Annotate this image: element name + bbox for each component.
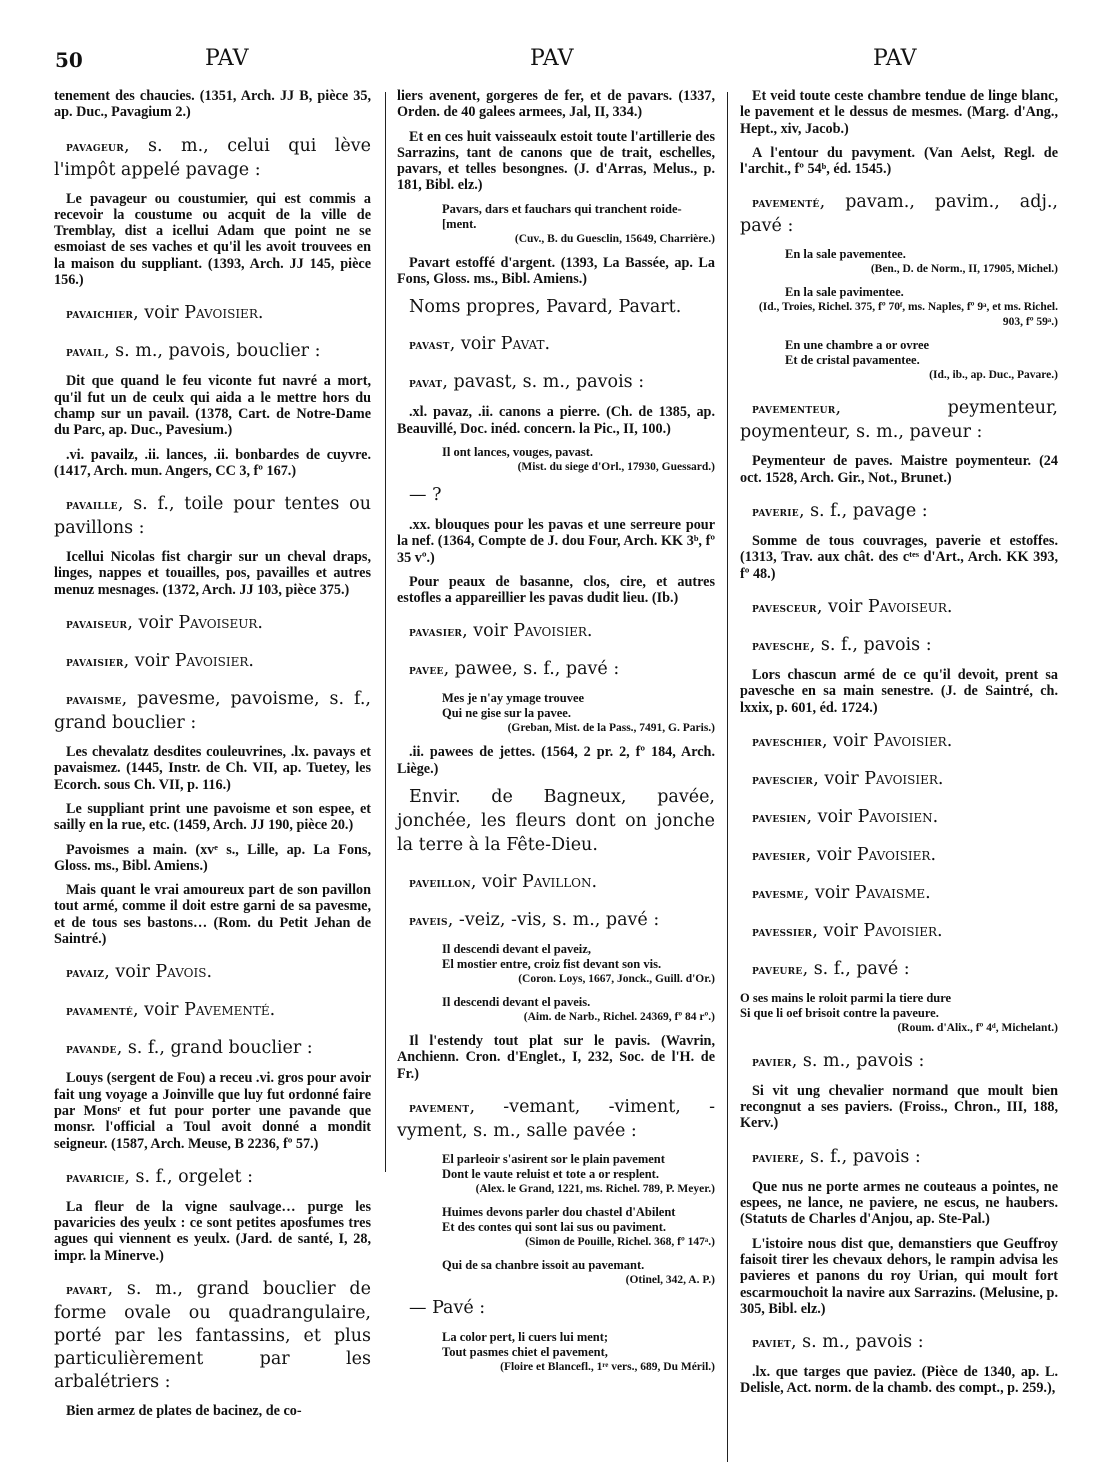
dictionary-entry: pavesceur, voir Pavoiseur. — [740, 596, 1058, 620]
cross-reference: Pavat. — [501, 334, 550, 354]
citation-paragraph: Et veid toute ceste chambre tendue de li… — [740, 88, 1058, 137]
cross-reference: Pavoiseur. — [868, 597, 953, 617]
column-center: liers avenent, gorgeres de fer, et de pa… — [397, 88, 715, 1383]
citation-paragraph: Le pavageur ou coustumier, qui est commi… — [54, 191, 371, 289]
dictionary-entry: pavier, s. m., pavois : — [740, 1050, 1058, 1074]
citation-paragraph: Louys (sergent de Fou) a receu .vi. gros… — [54, 1070, 371, 1151]
verse-line: Si que li oef brisoit contre la paveure. — [740, 1006, 1058, 1021]
headword: pavesche — [752, 639, 810, 654]
cross-reference: Pavoisier. — [513, 621, 592, 641]
dictionary-entry: pavementé, pavam., pavim., adj., pavé : — [740, 191, 1058, 238]
citation-paragraph: Peymenteur de paves. Maistre poymenteur.… — [740, 453, 1058, 486]
citation-paragraph: Pavart estoffé d'argent. (1393, La Bassé… — [397, 255, 715, 288]
definition: , voir — [127, 613, 178, 633]
verse-quotation: O ses mains le roloit parmi la tiere dur… — [740, 991, 1058, 1036]
verse-line: La color pert, li cuers lui ment; — [397, 1330, 715, 1345]
cross-reference: Pavaisme. — [855, 883, 931, 903]
definition: , voir — [813, 769, 864, 789]
headword: pavageur — [66, 140, 124, 155]
verse-line: Il descendi devant el paveis. — [397, 995, 715, 1010]
dictionary-entry: paveillon, voir Pavillon. — [397, 871, 715, 895]
headword: pavast — [409, 338, 450, 353]
dictionary-entry: pavaricie, s. f., orgelet : — [54, 1166, 371, 1190]
headword: pavee — [409, 663, 444, 678]
citation-paragraph: Et en ces huit vaisseaulx estoit toute l… — [397, 129, 715, 194]
dictionary-entry: pavee, pawee, s. f., pavé : — [397, 658, 715, 682]
citation-source: (Cuv., B. du Guesclin, 15649, Charrière.… — [397, 232, 715, 247]
definition: , s. f., orgelet : — [124, 1167, 253, 1187]
verse-quotation: En la sale pavimentee.(Id., Troies, Rich… — [740, 285, 1058, 330]
citation-paragraph: La fleur de la vigne saulvage… purge les… — [54, 1199, 371, 1264]
citation-source: (Id., Troies, Richel. 375, fº 70ᶠ, ms. N… — [740, 300, 1058, 330]
running-head-center: PAV — [530, 46, 573, 71]
dictionary-entry: pavat, pavast, s. m., pavois : — [397, 371, 715, 395]
definition: , s. m., pavois : — [791, 1332, 924, 1352]
headword: pavaisier — [66, 655, 124, 670]
verse-line: Mes je n'ay ymage trouvee — [397, 691, 715, 706]
definition: , voir — [806, 845, 857, 865]
definition: , -veiz, -vis, s. m., pavé : — [448, 910, 659, 930]
citation-source: (Id., ib., ap. Duc., Pavare.) — [740, 368, 1058, 383]
cross-reference: Pavoisier. — [864, 769, 943, 789]
dictionary-entry: pavesier, voir Pavoisier. — [740, 844, 1058, 868]
cross-reference: Pavoisier. — [175, 651, 254, 671]
headword: paviet — [752, 1336, 791, 1351]
headword: pavaiz — [66, 966, 104, 981]
citation-paragraph: Il l'estendy tout plat sur le pavis. (Wa… — [397, 1033, 715, 1082]
cross-reference: Pavoisier. — [184, 303, 263, 323]
verse-quotation: Il descendi devant el paveis.(Aim. de Na… — [397, 995, 715, 1025]
dictionary-entry: pavande, s. f., grand bouclier : — [54, 1037, 371, 1061]
citation-paragraph: .vi. pavailz, .ii. lances, .ii. bonbarde… — [54, 447, 371, 480]
verse-line: Il descendi devant el paveiz, — [397, 942, 715, 957]
verse-line: Huimes devons parler dou chastel d'Abile… — [397, 1205, 715, 1220]
dictionary-entry: pavaisier, voir Pavoisier. — [54, 650, 371, 674]
column-left: tenement des chaucies. (1351, Arch. JJ B… — [54, 88, 371, 1427]
citation-paragraph: Icellui Nicolas fist chargir sur un chev… — [54, 549, 371, 598]
verse-quotation: Il ont lances, vouges, pavast.(Mist. du … — [397, 445, 715, 475]
citation-paragraph: .xl. pavaz, .ii. canons a pierre. (Ch. d… — [397, 404, 715, 437]
definition: , voir — [817, 597, 868, 617]
citation-paragraph: Les chevalatz desdites couleuvrines, .lx… — [54, 744, 371, 793]
headword: paverie — [752, 505, 799, 520]
note-paragraph: Noms propres, Pavard, Pavart. — [397, 295, 715, 319]
cross-reference: Pavoisien. — [858, 807, 939, 827]
headword: pavescier — [752, 773, 813, 788]
definition: , voir — [806, 807, 857, 827]
verse-line: [ment. — [397, 217, 715, 232]
headword: pavessier — [752, 925, 812, 940]
dictionary-entry: paveschier, voir Pavoisier. — [740, 730, 1058, 754]
citation-paragraph: Bien armez de plates de bacinez, de co- — [54, 1403, 371, 1419]
dictionary-entry: pavaille, s. f., toile pour tentes ou pa… — [54, 493, 371, 540]
cross-reference: Pavoisier. — [873, 731, 952, 751]
definition: , voir — [133, 303, 184, 323]
verse-line: Qui de sa chanbre issoit au pavemant. — [397, 1258, 715, 1273]
definition: , voir — [804, 883, 855, 903]
verse-quotation: En la sale pavementee.(Ben., D. de Norm.… — [740, 247, 1058, 277]
verse-quotation: Il descendi devant el paveiz,El mostier … — [397, 942, 715, 987]
verse-quotation: Qui de sa chanbre issoit au pavemant.(Ot… — [397, 1258, 715, 1288]
citation-paragraph: L'istoire nous dist que, demanstiers que… — [740, 1236, 1058, 1317]
verse-line: Et des contes qui sont lai sus ou pavime… — [397, 1220, 715, 1235]
definition: , voir — [812, 921, 863, 941]
citation-paragraph: liers avenent, gorgeres de fer, et de pa… — [397, 88, 715, 121]
dictionary-entry: pavementeur, peymenteur, poymenteur, s. … — [740, 397, 1058, 444]
dictionary-entry: pavasier, voir Pavoisier. — [397, 620, 715, 644]
dictionary-entry: pavaiz, voir Pavois. — [54, 961, 371, 985]
citation-paragraph: Si vit ung chevalier normand que moult b… — [740, 1083, 1058, 1132]
citation-paragraph: Somme de tous couvrages, paverie et esto… — [740, 533, 1058, 582]
headword: pavementé — [752, 196, 820, 211]
citation-source: (Greban, Mist. de la Pass., 7491, G. Par… — [397, 721, 715, 736]
citation-paragraph: Que nus ne porte armes ne couteaus a poi… — [740, 1179, 1058, 1228]
citation-paragraph: Pavoismes a main. (xvᵉ s., Lille, ap. La… — [54, 842, 371, 875]
definition: , voir — [450, 334, 501, 354]
headword: pavail — [66, 345, 104, 360]
dictionary-entry: pavast, voir Pavat. — [397, 333, 715, 357]
definition: , s. m., pavois : — [792, 1051, 925, 1071]
running-head-right: PAV — [873, 46, 916, 71]
headword: pavaille — [66, 498, 118, 513]
headword: paviere — [752, 1151, 799, 1166]
verse-line: Tout pasmes chiet el pavement, — [397, 1345, 715, 1360]
headword: pavasier — [409, 625, 462, 640]
definition: , s. f., grand bouclier : — [117, 1038, 313, 1058]
note-paragraph: — ? — [397, 483, 715, 507]
verse-quotation: En une chambre a or ovreeEt de cristal p… — [740, 338, 1058, 383]
headword: pavaisme — [66, 693, 122, 708]
dictionary-entry: paviet, s. m., pavois : — [740, 1331, 1058, 1355]
headword: pavande — [66, 1042, 117, 1057]
dictionary-entry: pavamenté, voir Pavementé. — [54, 999, 371, 1023]
cross-reference: Pavoisier. — [857, 845, 936, 865]
citation-source: (Floire et Blancefl., 1ʳᵉ vers., 689, Du… — [397, 1360, 715, 1375]
definition: , voir — [133, 1000, 184, 1020]
definition: , voir — [822, 731, 873, 751]
dictionary-entry: pavement, -vemant, -viment, -vyment, s. … — [397, 1096, 715, 1143]
verse-line: Dont le vaute reluist et tote a or respl… — [397, 1167, 715, 1182]
page-number: 50 — [55, 48, 83, 72]
definition: , s. m., pavois, bouclier : — [104, 341, 320, 361]
dictionary-entry: pavesche, s. f., pavois : — [740, 634, 1058, 658]
headword: pavementeur — [752, 402, 836, 417]
definition: , voir — [124, 651, 175, 671]
cross-reference: Pavoiseur. — [178, 613, 263, 633]
headword: paveillon — [409, 876, 471, 891]
verse-line: El mostier entre, croiz fist devant son … — [397, 957, 715, 972]
headword: pavier — [752, 1055, 792, 1070]
note-paragraph: Envir. de Bagneux, pavée, jonchée, les f… — [397, 785, 715, 857]
citation-source: (Alex. le Grand, 1221, ms. Richel. 789, … — [397, 1182, 715, 1197]
citation-source: (Simon de Pouille, Richel. 368, fº 147ᵃ.… — [397, 1235, 715, 1250]
citation-paragraph: Lors chascun armé de ce qu'il devoit, pr… — [740, 667, 1058, 716]
headword: pavesien — [752, 811, 806, 826]
definition: , s. f., pavois : — [810, 635, 932, 655]
cross-reference: Pavois. — [155, 962, 212, 982]
headword: pavat — [409, 376, 442, 391]
dictionary-entry: paverie, s. f., pavage : — [740, 500, 1058, 524]
citation-source: (Coron. Loys, 1667, Jonck., Guill. d'Or.… — [397, 972, 715, 987]
headword: pavaiseur — [66, 617, 127, 632]
dictionary-entry: pavessier, voir Pavoisier. — [740, 920, 1058, 944]
dictionary-entry: pavart, s. m., grand bouclier de forme o… — [54, 1278, 371, 1394]
citation-source: (Ben., D. de Norm., II, 17905, Michel.) — [740, 262, 1058, 277]
headword: pavesier — [752, 849, 806, 864]
dictionary-entry: paviere, s. f., pavois : — [740, 1146, 1058, 1170]
headword: paveschier — [752, 735, 822, 750]
dictionary-entry: pavaichier, voir Pavoisier. — [54, 302, 371, 326]
verse-line: En la sale pavimentee. — [740, 285, 1058, 300]
definition: , voir — [471, 872, 522, 892]
dictionary-entry: pavail, s. m., pavois, bouclier : — [54, 340, 371, 364]
verse-line: O ses mains le roloit parmi la tiere dur… — [740, 991, 1058, 1006]
citation-source: (Roum. d'Alix., fº 4ᵈ, Michelant.) — [740, 1021, 1058, 1036]
note-paragraph: — Pavé : — [397, 1296, 715, 1320]
citation-paragraph: tenement des chaucies. (1351, Arch. JJ B… — [54, 88, 371, 121]
dictionary-entry: paveis, -veiz, -vis, s. m., pavé : — [397, 909, 715, 933]
headword: paveure — [752, 963, 803, 978]
definition: , voir — [104, 962, 155, 982]
headword: pavart — [66, 1283, 108, 1298]
citation-source: (Otinel, 342, A. P.) — [397, 1273, 715, 1288]
verse-line: En une chambre a or ovree — [740, 338, 1058, 353]
definition: , s. f., pavage : — [799, 501, 928, 521]
headword: pavamenté — [66, 1004, 133, 1019]
verse-line: Qui ne gise sur la pavee. — [397, 706, 715, 721]
citation-paragraph: Mais quant le vrai amoureux part de son … — [54, 882, 371, 947]
verse-line: Pavars, dars et fauchars qui tranchent r… — [397, 202, 715, 217]
verse-quotation: Huimes devons parler dou chastel d'Abile… — [397, 1205, 715, 1250]
running-head-left: PAV — [205, 46, 248, 71]
citation-paragraph: Dit que quand le feu viconte fut navré a… — [54, 373, 371, 438]
definition: , pavast, s. m., pavois : — [442, 372, 644, 392]
headword: pavaichier — [66, 307, 133, 322]
citation-source: (Aim. de Narb., Richel. 24369, fº 84 rº.… — [397, 1010, 715, 1025]
citation-paragraph: A l'entour du pavyment. (Van Aelst, Regl… — [740, 145, 1058, 178]
dictionary-entry: pavaiseur, voir Pavoiseur. — [54, 612, 371, 636]
verse-quotation: Mes je n'ay ymage trouveeQui ne gise sur… — [397, 691, 715, 736]
verse-quotation: La color pert, li cuers lui ment;Tout pa… — [397, 1330, 715, 1375]
dictionary-entry: pavescier, voir Pavoisier. — [740, 768, 1058, 792]
citation-paragraph: .xx. blouques pour les pavas et une serr… — [397, 517, 715, 566]
verse-line: El parleoir s'asirent sor le plain pavem… — [397, 1152, 715, 1167]
definition: , s. f., pavois : — [799, 1147, 921, 1167]
definition: , pawee, s. f., pavé : — [444, 659, 620, 679]
dictionary-entry: pavesien, voir Pavoisien. — [740, 806, 1058, 830]
citation-paragraph: Pour peaux de basanne, clos, cire, et au… — [397, 574, 715, 607]
headword: pavement — [409, 1101, 469, 1116]
definition: , s. f., pavé : — [803, 959, 910, 979]
verse-quotation: El parleoir s'asirent sor le plain pavem… — [397, 1152, 715, 1197]
headword: pavesme — [752, 887, 804, 902]
verse-quotation: Pavars, dars et fauchars qui tranchent r… — [397, 202, 715, 247]
citation-source: (Mist. du siege d'Orl., 17930, Guessard.… — [397, 460, 715, 475]
definition: , voir — [462, 621, 513, 641]
cross-reference: Pavoisier. — [863, 921, 942, 941]
citation-paragraph: .ii. pawees de jettes. (1564, 2 pr. 2, f… — [397, 744, 715, 777]
verse-line: Et de cristal pavamentee. — [740, 353, 1058, 368]
verse-line: Il ont lances, vouges, pavast. — [397, 445, 715, 460]
verse-line: En la sale pavementee. — [740, 247, 1058, 262]
cross-reference: Pavementé. — [184, 1000, 275, 1020]
column-right: Et veid toute ceste chambre tendue de li… — [740, 88, 1058, 1405]
column-divider — [385, 92, 386, 1172]
dictionary-entry: paveure, s. f., pavé : — [740, 958, 1058, 982]
dictionary-entry: pavageur, s. m., celui qui lève l'impôt … — [54, 135, 371, 182]
citation-paragraph: Le suppliant print une pavoisme et son e… — [54, 801, 371, 834]
cross-reference: Pavillon. — [522, 872, 597, 892]
dictionary-entry: pavesme, voir Pavaisme. — [740, 882, 1058, 906]
column-divider — [727, 92, 728, 1462]
citation-paragraph: .lx. que targes que paviez. (Pièce de 13… — [740, 1364, 1058, 1397]
headword: paveis — [409, 914, 448, 929]
headword: pavaricie — [66, 1171, 124, 1186]
dictionary-entry: pavaisme, pavesme, pavoisme, s. f., gran… — [54, 688, 371, 735]
headword: pavesceur — [752, 601, 817, 616]
